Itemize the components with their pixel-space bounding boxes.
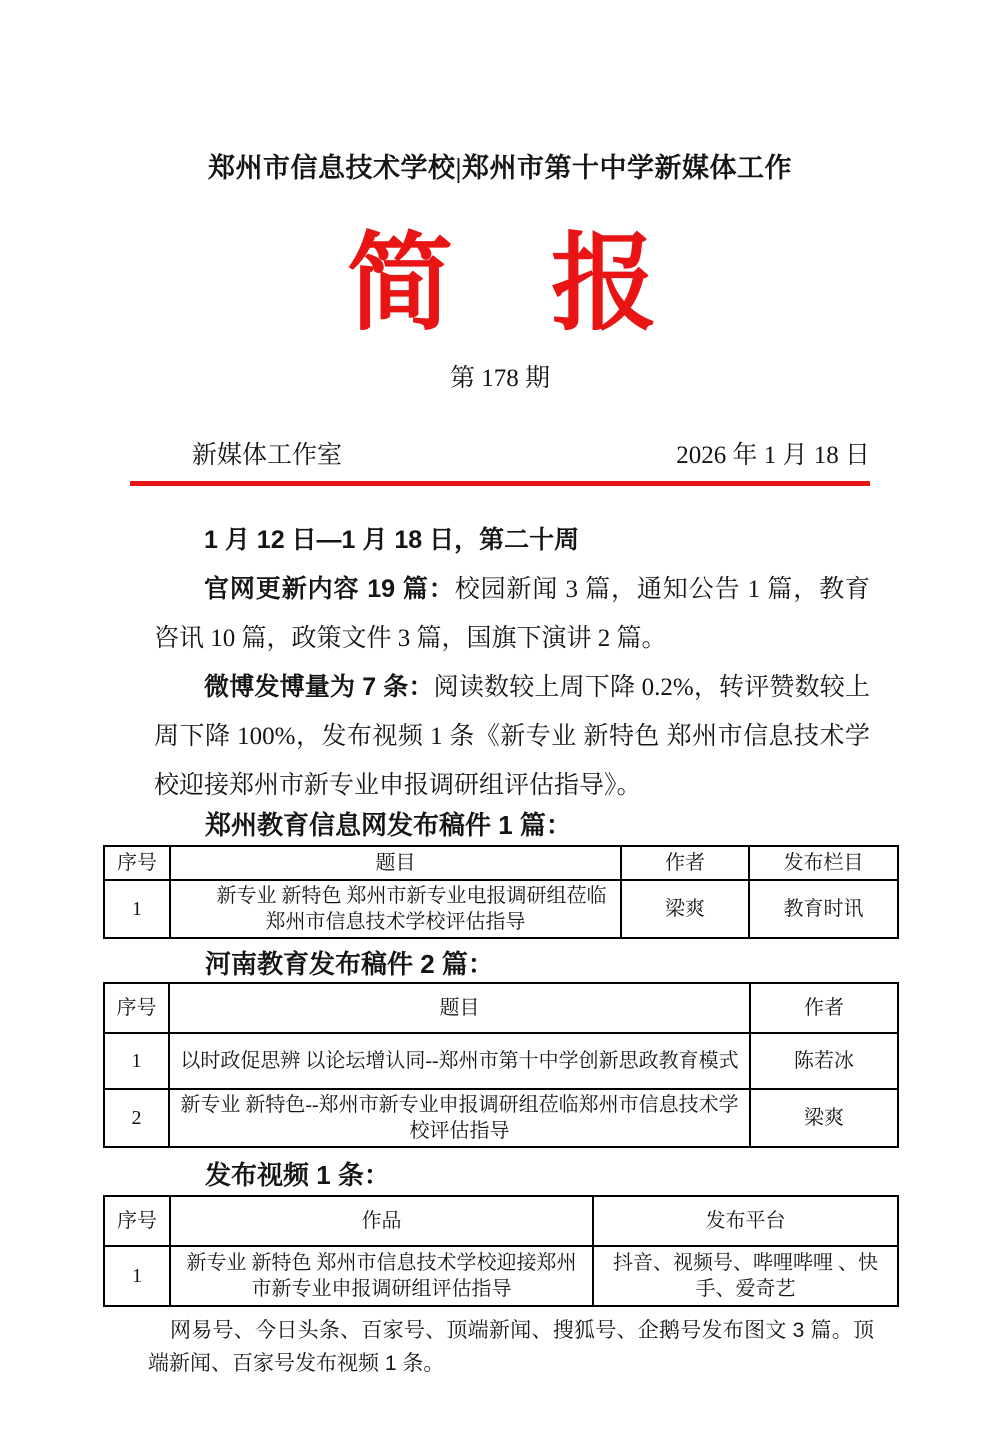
cell-author: 陈若冰 — [750, 1033, 898, 1089]
col-header-title: 题目 — [170, 846, 621, 880]
table-row: 1 以时政促思辨 以论坛增认同--郑州市第十中学创新思政教育模式 陈若冰 — [104, 1033, 898, 1089]
table-header-row: 序号 题目 作者 — [104, 983, 898, 1033]
cell-column: 教育时讯 — [749, 880, 898, 938]
table-header-row: 序号 作品 发布平台 — [104, 1196, 898, 1246]
weibo-stats-paragraph: 微博发博量为 7 条：阅读数较上周下降 0.2%，转评赞数较上周下降 100%，… — [154, 663, 870, 810]
cell-title: 新专业 新特色--郑州市新专业申报调研组莅临郑州市信息技术学校评估指导 — [169, 1089, 750, 1147]
cell-work: 新专业 新特色 郑州市信息技术学校迎接郑州市新专业申报调研组评估指导 — [170, 1246, 593, 1306]
table-row: 1 新专业 新特色 郑州市信息技术学校迎接郑州市新专业申报调研组评估指导 抖音、… — [104, 1246, 898, 1306]
masthead-department: 新媒体工作室 — [130, 440, 342, 472]
week-range-line: 1 月 12 日—1 月 18 日，第二十周 — [154, 516, 870, 565]
table-row: 2 新专业 新特色--郑州市新专业申报调研组莅临郑州市信息技术学校评估指导 梁爽 — [104, 1089, 898, 1147]
body-text-block: 1 月 12 日—1 月 18 日，第二十周 官网更新内容 19 篇：校园新闻 … — [154, 516, 870, 810]
section-heading-zhengzhou-edu: 郑州教育信息网发布稿件 1 篇： — [0, 810, 1000, 840]
col-header-title: 题目 — [169, 983, 750, 1033]
col-header-index: 序号 — [104, 983, 169, 1033]
table-row: 1 新专业 新特色 郑州市新专业电报调研组莅临郑州市信息技术学校评估指导 梁爽 … — [104, 880, 898, 938]
website-update-lead: 官网更新内容 19 篇： — [204, 575, 455, 603]
cell-author: 梁爽 — [750, 1089, 898, 1147]
cell-author: 梁爽 — [621, 880, 749, 938]
issue-number: 第 178 期 — [0, 364, 1000, 394]
table-header-row: 序号 题目 作者 发布栏目 — [104, 846, 898, 880]
bulletin-page: 郑州市信息技术学校|郑州市第十中学新媒体工作 简 报 第 178 期 新媒体工作… — [0, 0, 1000, 1441]
website-update-paragraph: 官网更新内容 19 篇：校园新闻 3 篇，通知公告 1 篇，教育咨讯 10 篇，… — [154, 565, 870, 663]
cell-index: 2 — [104, 1089, 169, 1147]
cell-index: 1 — [104, 880, 170, 938]
red-divider-line — [130, 481, 870, 486]
weibo-stats-lead: 微博发博量为 7 条： — [204, 673, 434, 701]
organization-title: 郑州市信息技术学校|郑州市第十中学新媒体工作 — [0, 152, 1000, 184]
zhengzhou-edu-table: 序号 题目 作者 发布栏目 1 新专业 新特色 郑州市新专业电报调研组莅临郑州市… — [103, 845, 899, 939]
video-table: 序号 作品 发布平台 1 新专业 新特色 郑州市信息技术学校迎接郑州市新专业申报… — [103, 1195, 899, 1307]
col-header-index: 序号 — [104, 1196, 170, 1246]
cell-title: 新专业 新特色 郑州市新专业电报调研组莅临郑州市信息技术学校评估指导 — [170, 880, 621, 938]
section-heading-henan-edu: 河南教育发布稿件 2 篇： — [0, 949, 1000, 979]
col-header-author: 作者 — [621, 846, 749, 880]
distribution-footnote: 网易号、今日头条、百家号、顶端新闻、搜狐号、企鹅号发布图文 3 篇。顶端新闻、百… — [148, 1314, 874, 1380]
cell-platform: 抖音、视频号、哔哩哔哩 、快手、爱奇艺 — [593, 1246, 898, 1306]
col-header-platform: 发布平台 — [593, 1196, 898, 1246]
masthead-date: 2026 年 1 月 18 日 — [676, 440, 870, 472]
col-header-column: 发布栏目 — [749, 846, 898, 880]
cell-title: 以时政促思辨 以论坛增认同--郑州市第十中学创新思政教育模式 — [169, 1033, 750, 1089]
cell-index: 1 — [104, 1246, 170, 1306]
masthead-row: 新媒体工作室 2026 年 1 月 18 日 — [130, 440, 870, 472]
bulletin-main-title: 简 报 — [0, 228, 1000, 340]
col-header-work: 作品 — [170, 1196, 593, 1246]
col-header-index: 序号 — [104, 846, 170, 880]
col-header-author: 作者 — [750, 983, 898, 1033]
henan-edu-table: 序号 题目 作者 1 以时政促思辨 以论坛增认同--郑州市第十中学创新思政教育模… — [103, 982, 899, 1148]
cell-index: 1 — [104, 1033, 169, 1089]
section-heading-video: 发布视频 1 条： — [0, 1160, 1000, 1190]
